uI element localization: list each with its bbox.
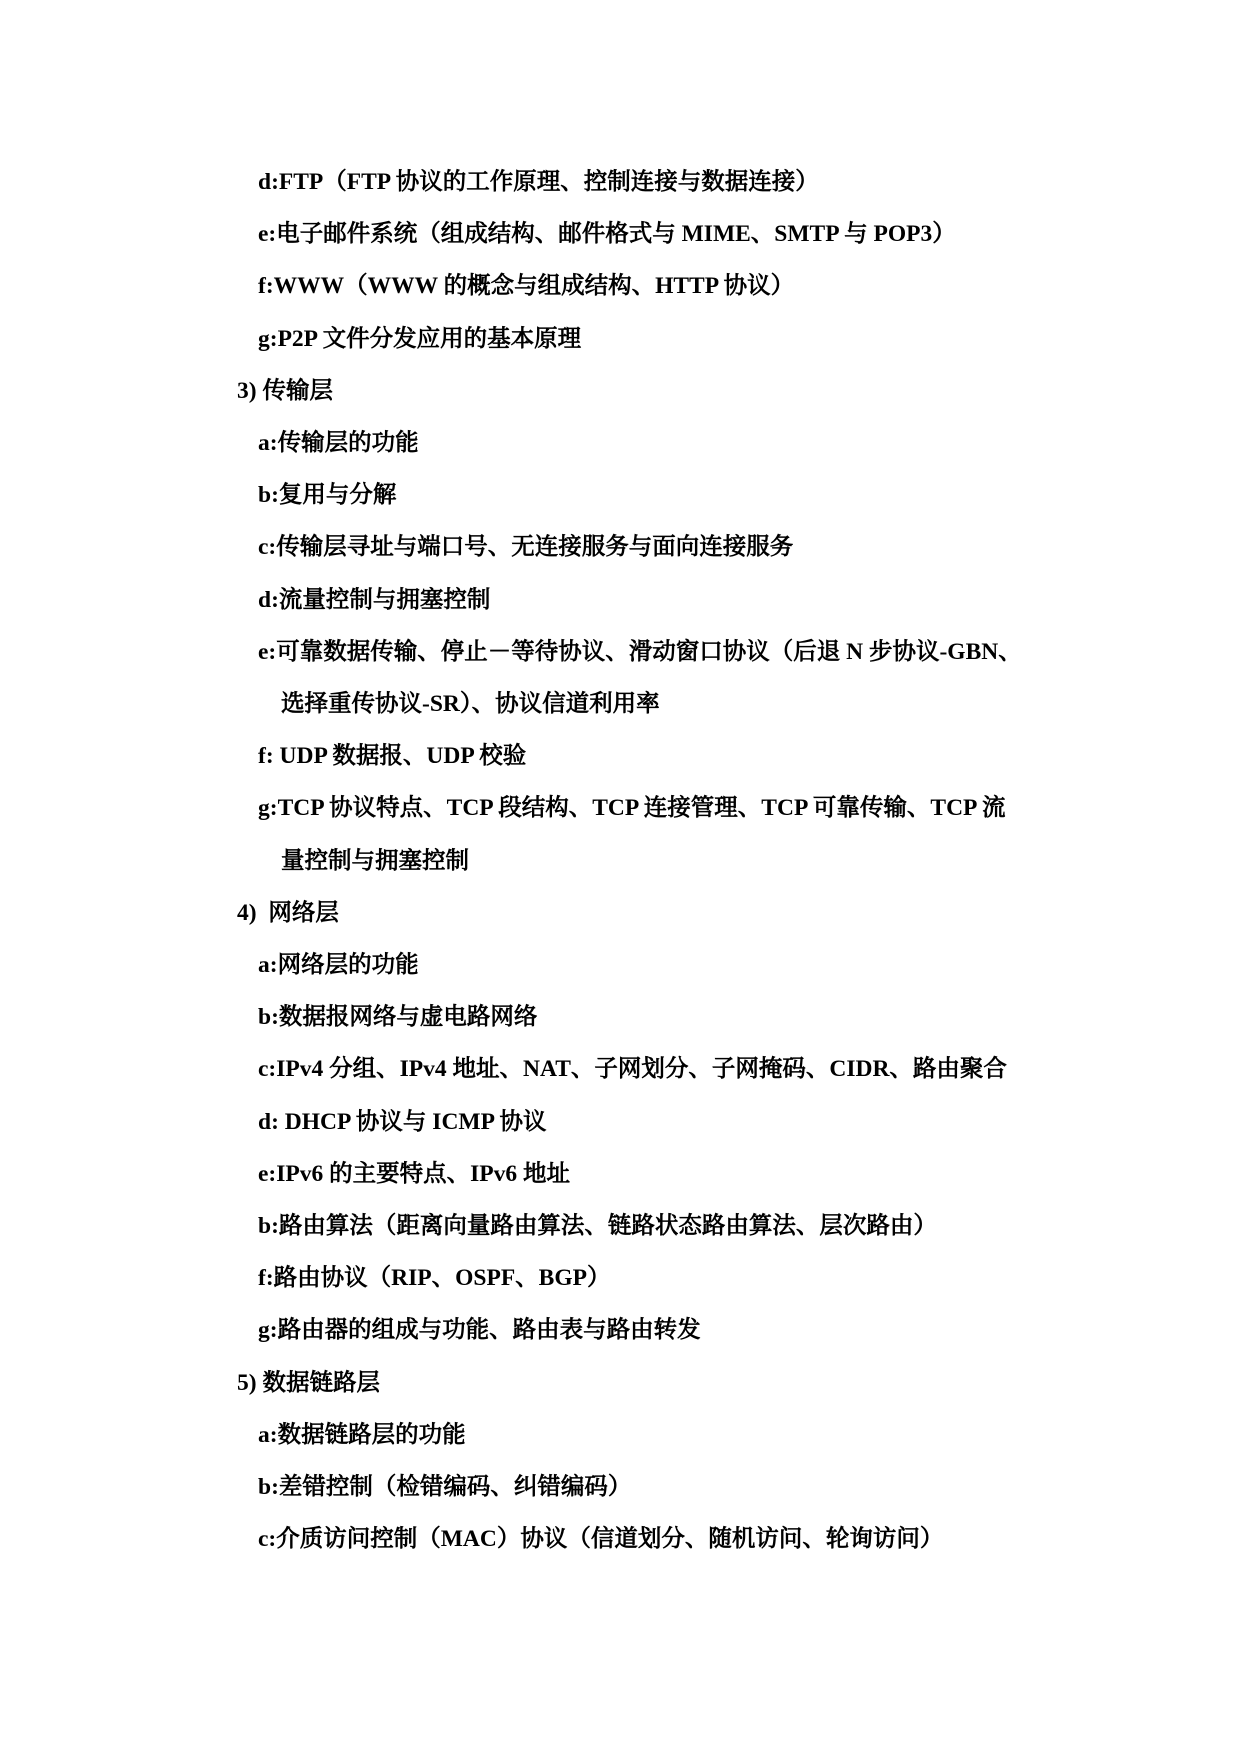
text-line: b:复用与分解: [0, 469, 1240, 521]
text-line: a:数据链路层的功能: [0, 1409, 1240, 1461]
text-line: g:TCP 协议特点、TCP 段结构、TCP 连接管理、TCP 可靠传输、TCP…: [0, 782, 1240, 834]
text-line: f:路由协议（RIP、OSPF、BGP）: [0, 1252, 1240, 1304]
text-line: b:路由算法（距离向量路由算法、链路状态路由算法、层次路由）: [0, 1200, 1240, 1252]
text-line: d:流量控制与拥塞控制: [0, 574, 1240, 626]
text-line: f:WWW（WWW 的概念与组成结构、HTTP 协议）: [0, 260, 1240, 312]
text-line: a:传输层的功能: [0, 417, 1240, 469]
document-body: d:FTP（FTP 协议的工作原理、控制连接与数据连接）e:电子邮件系统（组成结…: [0, 156, 1240, 1565]
text-line: d: DHCP 协议与 ICMP 协议: [0, 1096, 1240, 1148]
text-line: d:FTP（FTP 协议的工作原理、控制连接与数据连接）: [0, 156, 1240, 208]
section-heading-line: 3) 传输层: [0, 365, 1240, 417]
text-line: e:IPv6 的主要特点、IPv6 地址: [0, 1148, 1240, 1200]
text-line: 选择重传协议-SR）、协议信道利用率: [0, 678, 1240, 730]
text-line: 量控制与拥塞控制: [0, 835, 1240, 887]
text-line: b:数据报网络与虚电路网络: [0, 991, 1240, 1043]
document-page: d:FTP（FTP 协议的工作原理、控制连接与数据连接）e:电子邮件系统（组成结…: [0, 0, 1240, 1754]
text-line: b:差错控制（检错编码、纠错编码）: [0, 1461, 1240, 1513]
text-line: g:P2P 文件分发应用的基本原理: [0, 313, 1240, 365]
text-line: a:网络层的功能: [0, 939, 1240, 991]
text-line: f: UDP 数据报、UDP 校验: [0, 730, 1240, 782]
text-line: c:介质访问控制（MAC）协议（信道划分、随机访问、轮询访问）: [0, 1513, 1240, 1565]
section-heading-line: 4) 网络层: [0, 887, 1240, 939]
text-line: e:可靠数据传输、停止－等待协议、滑动窗口协议（后退 N 步协议-GBN、: [0, 626, 1240, 678]
text-line: g:路由器的组成与功能、路由表与路由转发: [0, 1304, 1240, 1356]
text-line: c:IPv4 分组、IPv4 地址、NAT、子网划分、子网掩码、CIDR、路由聚…: [0, 1043, 1240, 1095]
section-heading-line: 5) 数据链路层: [0, 1357, 1240, 1409]
text-line: e:电子邮件系统（组成结构、邮件格式与 MIME、SMTP 与 POP3）: [0, 208, 1240, 260]
text-line: c:传输层寻址与端口号、无连接服务与面向连接服务: [0, 521, 1240, 573]
